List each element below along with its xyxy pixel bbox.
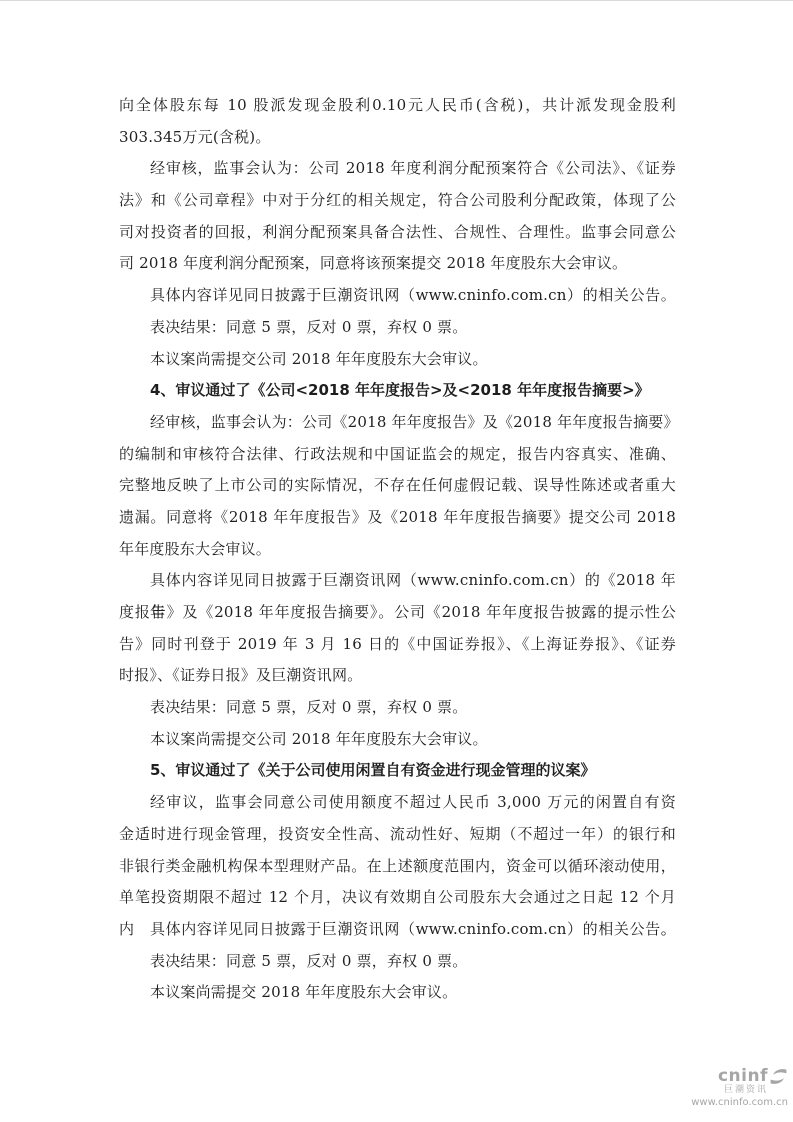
document-body: 向全体股东每 10 股派发现金股利0.10元人民币(含税)，共计派发现金股利30… (119, 90, 676, 1009)
document-line: 表决结果：同意 5 票，反对 0 票，弃权 0 票。 (119, 946, 676, 978)
cninfo-logo-chinese-name: 巨潮资讯 (691, 1086, 768, 1096)
document-line: 法》和《公司章程》中对于分红的相关规定，符合公司股利分配政策，体现了公 (119, 185, 676, 217)
document-line: 303.345万元(含税)。 (119, 122, 676, 154)
document-line: 经审议，监事会同意公司使用额度不超过人民币 3,000 万元的闲置自有资 (119, 787, 676, 819)
document-page: 向全体股东每 10 股派发现金股利0.10元人民币(含税)，共计派发现金股利30… (0, 0, 793, 1122)
document-line: 具体内容详见同日披露于巨潮资讯网（www.cninfo.com.cn）的《201… (119, 565, 676, 597)
document-line: 本议案尚需提交 2018 年年度股东大会审议。 (119, 977, 676, 1009)
document-line: 表决结果：同意 5 票，反对 0 票，弃权 0 票。 (119, 692, 676, 724)
document-line: 单笔投资期限不超过 12 个月，决议有效期自公司股东大会通过之日起 12 个月内… (119, 882, 676, 914)
document-line: 度报告》及《2018 年年度报告摘要》。公司《2018 年年度报告披露的提示性公 (119, 597, 676, 629)
document-line: 具体内容详见同日披露于巨潮资讯网（www.cninfo.com.cn）的相关公告… (119, 914, 676, 946)
cninfo-swirl-icon (769, 1068, 788, 1085)
document-line: 司 2018 年度利润分配预案，同意将该预案提交 2018 年度股东大会审议。 (119, 248, 676, 280)
document-line: 本议案尚需提交公司 2018 年年度股东大会审议。 (119, 724, 676, 756)
document-line: 非银行类金融机构保本型理财产品。在上述额度范围内，资金可以循环滚动使用， (119, 851, 676, 883)
document-line: 遗漏。同意将《2018 年年度报告》及《2018 年年度报告摘要》提交公司 20… (119, 502, 676, 534)
document-line: 具体内容详见同日披露于巨潮资讯网（www.cninfo.com.cn）的相关公告… (119, 280, 676, 312)
document-line: 经审核，监事会认为：公司《2018 年年度报告》及《2018 年年度报告摘要》 (119, 407, 676, 439)
cninfo-logo-row: cninf (691, 1068, 788, 1085)
document-line: 本议案尚需提交公司 2018 年年度股东大会审议。 (119, 344, 676, 376)
document-line: 向全体股东每 10 股派发现金股利0.10元人民币(含税)，共计派发现金股利 (119, 90, 676, 122)
document-line: 告》同时刊登于 2019 年 3 月 16 日的《中国证券报》、《上海证券报》、… (119, 629, 676, 661)
document-line: 司对投资者的回报，利润分配预案具备合法性、合规性、合理性。监事会同意公 (119, 217, 676, 249)
document-line: 年年度股东大会审议。 (119, 534, 676, 566)
cninfo-logo-url: www.cninfo.com.cn (691, 1097, 788, 1108)
document-line: 完整地反映了上市公司的实际情况，不存在任何虚假记载、误导性陈述或者重大 (119, 470, 676, 502)
document-line: 金适时进行现金管理，投资安全性高、流动性好、短期（不超过一年）的银行和 (119, 819, 676, 851)
document-line: 经审核，监事会认为：公司 2018 年度利润分配预案符合《公司法》、《证券 (119, 153, 676, 185)
agenda-item-heading: 5、审议通过了《关于公司使用闲置自有资金进行现金管理的议案》 (119, 755, 676, 787)
document-line: 表决结果：同意 5 票，反对 0 票，弃权 0 票。 (119, 312, 676, 344)
document-line: 的编制和审核符合法律、行政法规和中国证监会的规定，报告内容真实、准确、 (119, 439, 676, 471)
cninfo-logo-wordmark: cninf (718, 1068, 768, 1085)
cninfo-logo: cninf 巨潮资讯 www.cninfo.com.cn (691, 1068, 788, 1108)
document-line: 时报》、《证券日报》及巨潮资讯网。 (119, 660, 676, 692)
agenda-item-heading: 4、审议通过了《公司<2018 年年度报告>及<2018 年年度报告摘要>》 (119, 375, 676, 407)
